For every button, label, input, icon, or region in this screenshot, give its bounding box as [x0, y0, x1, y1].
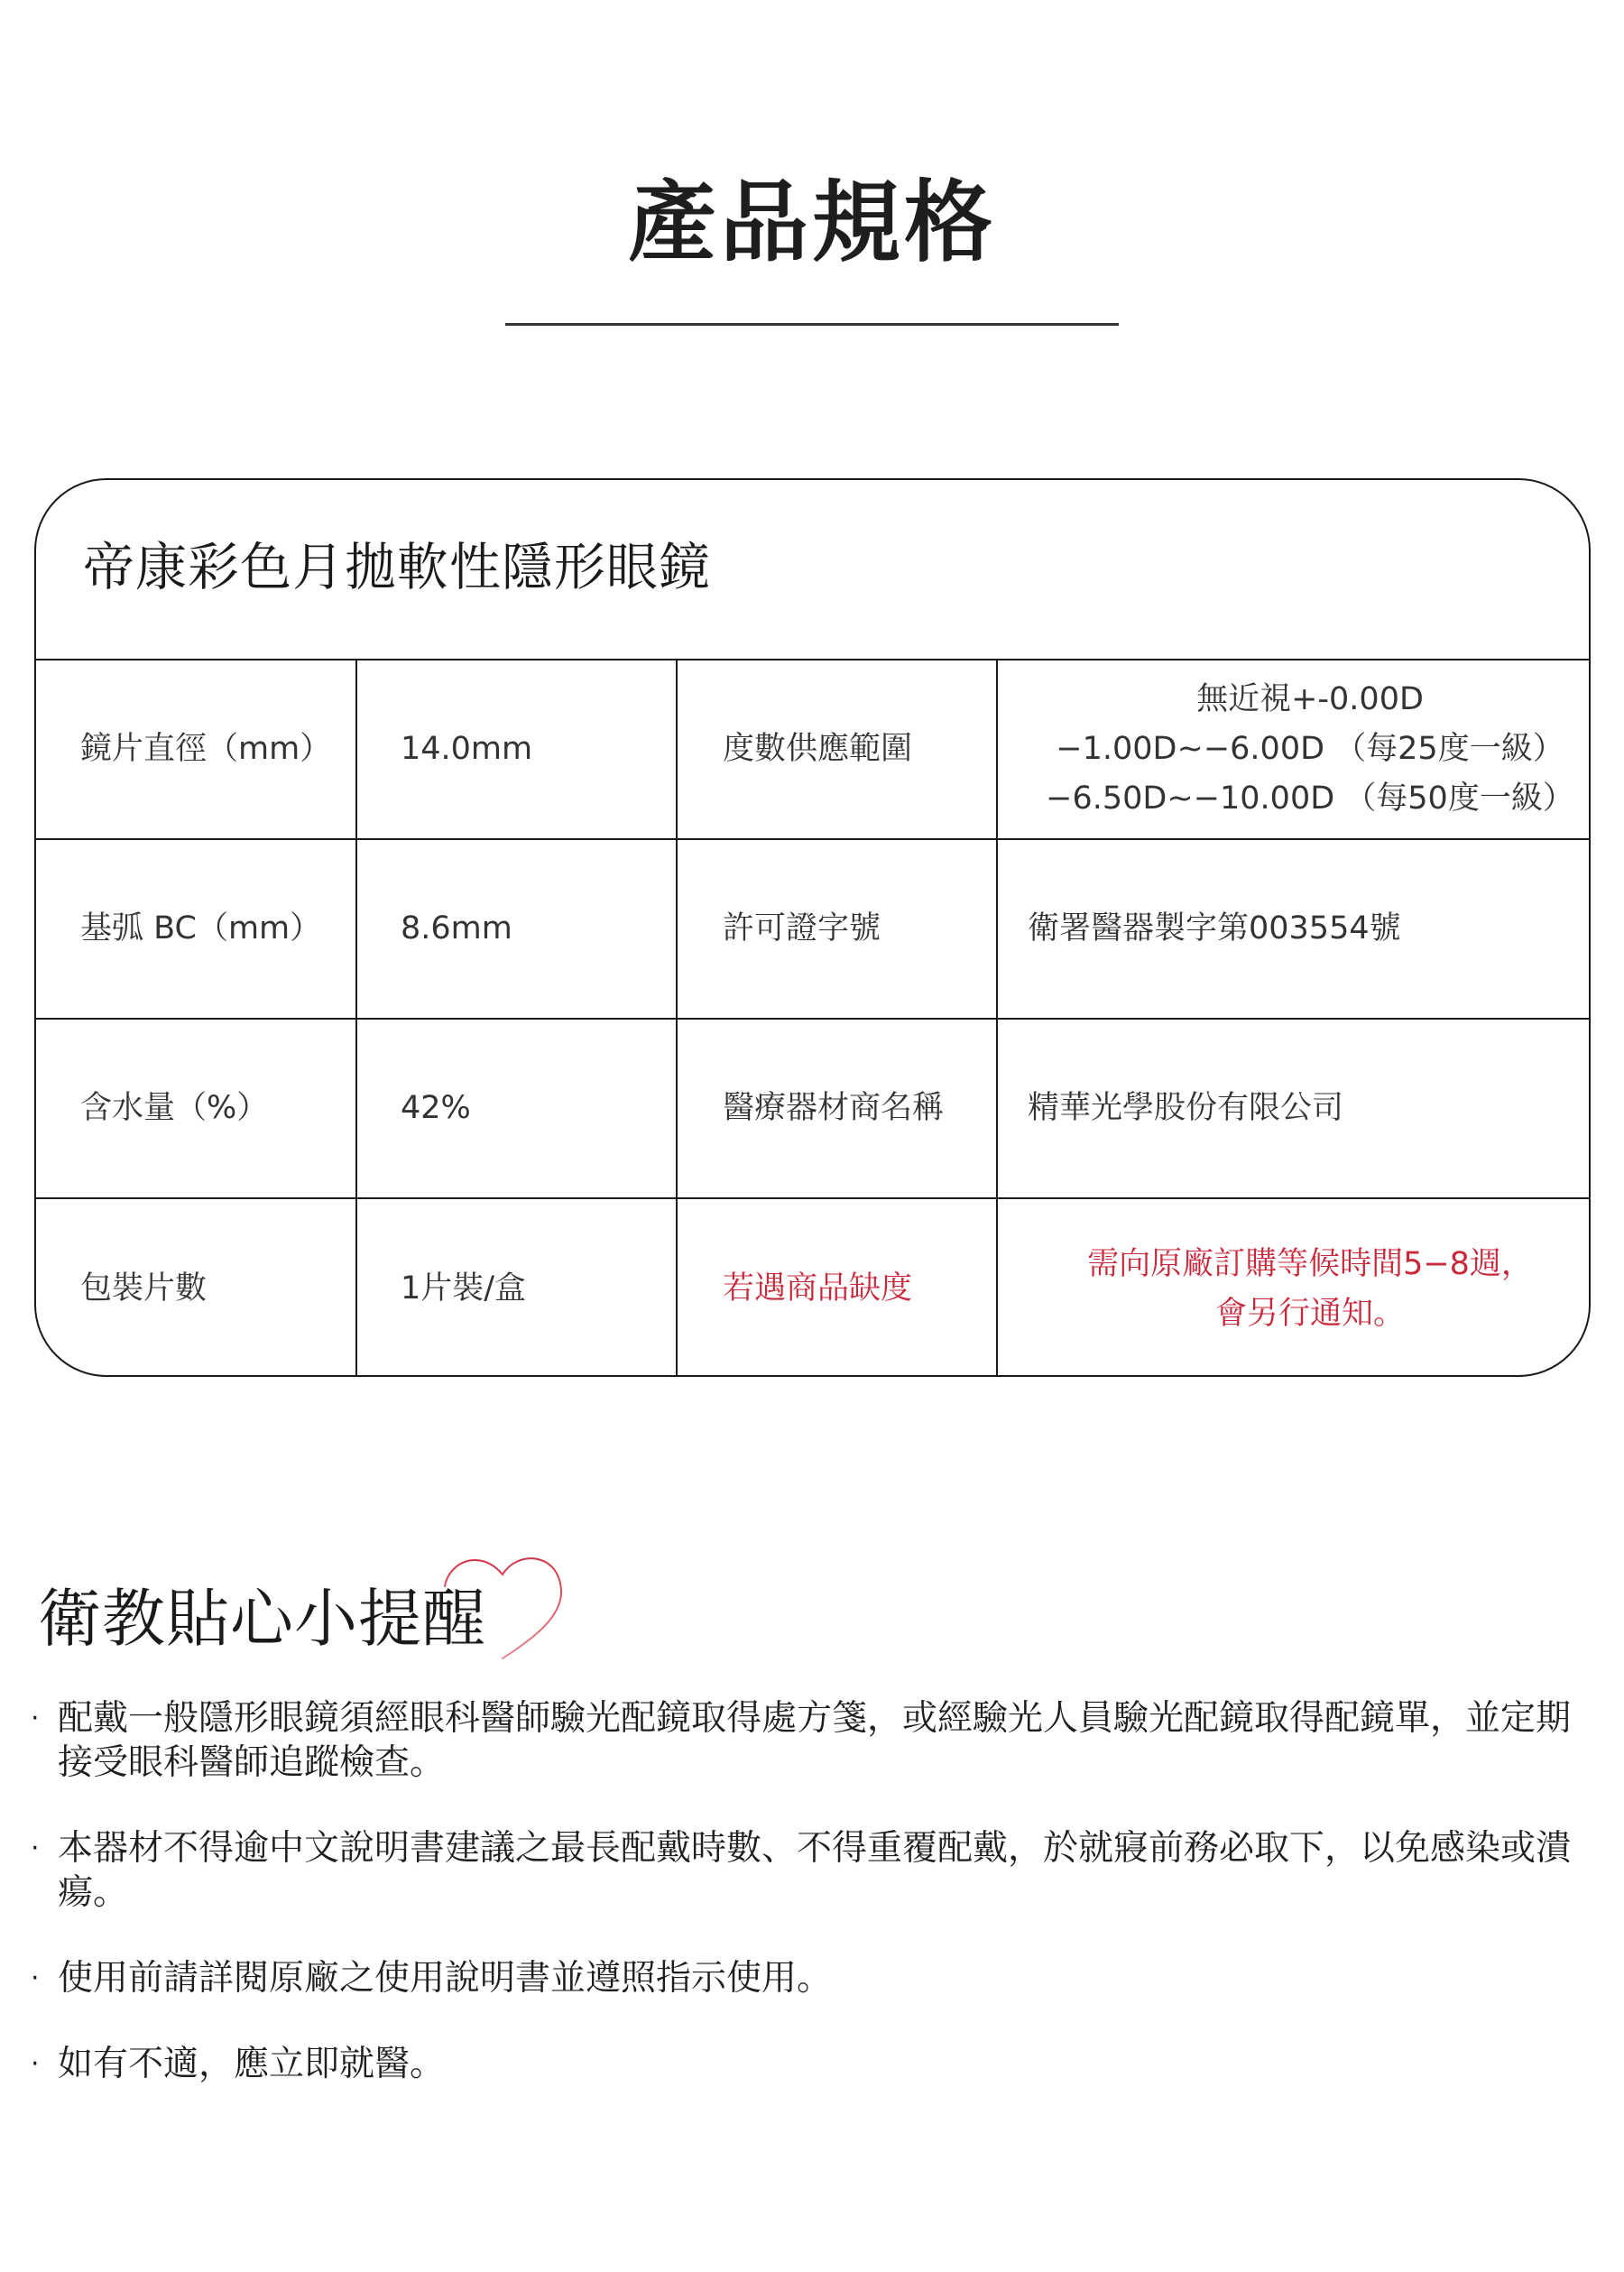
bullet-dot-icon: · — [31, 1696, 58, 1741]
table-row: 包裝片數 1片裝/盒 若遇商品缺度 需向原廠訂購等候時間5−8週， 會另行通知。 — [36, 1199, 1589, 1377]
power-range-line: 無近視+-0.00D — [1196, 675, 1424, 725]
title-divider — [505, 323, 1119, 326]
table-row: 基弧 BC（mm） 8.6mm 許可證字號 衛署醫器製字第003554號 — [36, 840, 1589, 1020]
spec-value: 精華光學股份有限公司 — [998, 1020, 1591, 1197]
spec-label: 醫療器材商名稱 — [678, 1020, 998, 1197]
spec-label: 鏡片直徑（mm） — [36, 660, 357, 838]
spec-value: 42% — [357, 1020, 678, 1197]
tip-item: · 使用前請詳閱原廠之使用說明書並遵照指示使用。 — [31, 1956, 1582, 2000]
spec-label: 含水量（%） — [36, 1020, 357, 1197]
spec-value: 衛署醫器製字第003554號 — [998, 840, 1591, 1018]
spec-value-out-of-stock: 需向原廠訂購等候時間5−8週， 會另行通知。 — [998, 1199, 1591, 1377]
spec-table: 帝康彩色月拋軟性隱形眼鏡 鏡片直徑（mm） 14.0mm 度數供應範圍 無近視+… — [34, 478, 1591, 1377]
notice-line: 會另行通知。 — [1215, 1289, 1405, 1339]
spec-label: 度數供應範圍 — [678, 660, 998, 838]
heart-icon — [440, 1550, 567, 1663]
spec-value-power-range: 無近視+-0.00D −1.00D~−6.00D （每25度一級） −6.50D… — [998, 660, 1591, 838]
bullet-dot-icon: · — [31, 2042, 58, 2086]
tip-item: · 本器材不得逾中文說明書建議之最長配戴時數、不得重覆配戴，於就寢前務必取下，以… — [31, 1826, 1582, 1915]
spec-value: 8.6mm — [357, 840, 678, 1018]
power-range-line: −1.00D~−6.00D （每25度一級） — [1056, 725, 1564, 774]
tip-text: 本器材不得逾中文說明書建議之最長配戴時數、不得重覆配戴，於就寢前務必取下，以免感… — [58, 1828, 1571, 1913]
table-row: 鏡片直徑（mm） 14.0mm 度數供應範圍 無近視+-0.00D −1.00D… — [36, 660, 1589, 840]
spec-value: 14.0mm — [357, 660, 678, 838]
notice-line: 需向原廠訂購等候時間5−8週， — [1087, 1240, 1533, 1289]
spec-label: 包裝片數 — [36, 1199, 357, 1377]
bullet-dot-icon: · — [31, 1956, 58, 2000]
product-name: 帝康彩色月拋軟性隱形眼鏡 — [83, 536, 711, 599]
tip-text: 使用前請詳閱原廠之使用說明書並遵照指示使用。 — [58, 1958, 832, 1999]
power-range-line: −6.50D~−10.00D （每50度一級） — [1046, 774, 1574, 824]
page-title: 產品規格 — [0, 173, 1624, 272]
spec-label-out-of-stock: 若遇商品缺度 — [678, 1199, 998, 1377]
spec-label: 許可證字號 — [678, 840, 998, 1018]
tip-item: · 配戴一般隱形眼鏡須經眼科醫師驗光配鏡取得處方箋，或經驗光人員驗光配鏡取得配鏡… — [31, 1696, 1582, 1785]
spec-value: 1片裝/盒 — [357, 1199, 678, 1377]
spec-label: 基弧 BC（mm） — [36, 840, 357, 1018]
bullet-dot-icon: · — [31, 1826, 58, 1870]
table-row: 含水量（%） 42% 醫療器材商名稱 精華光學股份有限公司 — [36, 1020, 1589, 1199]
tip-text: 如有不適，應立即就醫。 — [58, 2044, 445, 2084]
tip-item: · 如有不適，應立即就醫。 — [31, 2042, 1582, 2086]
tip-text: 配戴一般隱形眼鏡須經眼科醫師驗光配鏡取得處方箋，或經驗光人員驗光配鏡取得配鏡單，… — [58, 1698, 1571, 1783]
tips-title: 衛教貼心小提醒 — [38, 1581, 486, 1657]
tips-list: · 配戴一般隱形眼鏡須經眼科醫師驗光配鏡取得處方箋，或經驗光人員驗光配鏡取得配鏡… — [31, 1696, 1582, 2128]
spec-table-header: 帝康彩色月拋軟性隱形眼鏡 — [36, 480, 1589, 660]
